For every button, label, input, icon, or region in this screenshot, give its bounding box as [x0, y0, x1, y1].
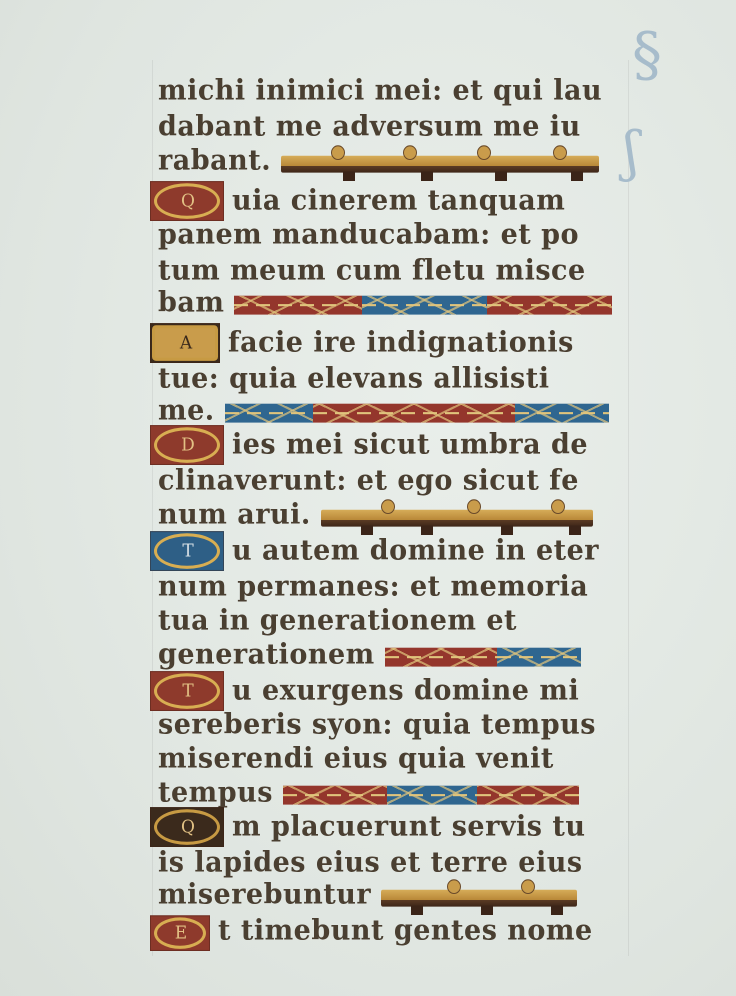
illuminated-initial-q: Q [150, 181, 224, 221]
text-line: Q m placuerunt servis tu [150, 809, 585, 843]
band-segment-red [487, 296, 612, 315]
illuminated-initial-e: E [150, 915, 210, 951]
foot-icon [421, 172, 433, 181]
line-text: u exurgens domine mi [232, 674, 579, 707]
text-line: clinaverunt: et ego sicut fe [158, 463, 579, 497]
gold-bar-line-filler [281, 156, 599, 173]
text-line: T u exurgens domine mi [150, 673, 579, 707]
marginal-glyph-bottom: ʃ [624, 120, 639, 183]
band-segment-red [283, 786, 387, 805]
line-text: m placuerunt servis tu [232, 810, 585, 843]
marginal-glyph-top: § [632, 20, 662, 90]
knob-icon [477, 145, 491, 160]
knob-icon [521, 879, 535, 894]
text-line: tua in generationem et [158, 603, 517, 637]
text-line: D ies mei sicut umbra de [150, 427, 588, 461]
line-text: tum meum cum fletu misce [158, 254, 586, 287]
foot-icon [571, 172, 583, 181]
band-segment-blue [387, 786, 477, 805]
foot-icon [343, 172, 355, 181]
text-line: miserebuntur [158, 877, 577, 911]
band-segment-red [234, 296, 362, 315]
spiral-icon: T [154, 673, 220, 709]
spiral-icon: D [154, 427, 220, 463]
spiral-icon: Q [154, 183, 220, 219]
knob-icon [381, 499, 395, 514]
line-text: panem manducabam: et po [158, 218, 579, 251]
text-line: tum meum cum fletu misce [158, 253, 586, 287]
line-text: is lapides eius et terre eius [158, 846, 583, 879]
blue-red-band-line-filler [225, 404, 609, 423]
illuminated-initial-t: T [150, 531, 224, 571]
text-line: generationem [158, 637, 581, 671]
text-line: miserendi eius quia venit [158, 741, 554, 775]
text-line: E t timebunt gentes nome [150, 913, 593, 947]
line-text: num permanes: et memoria [158, 570, 588, 603]
ruling-line-right [628, 60, 629, 956]
line-text: clinaverunt: et ego sicut fe [158, 464, 579, 497]
text-line: rabant. [158, 143, 599, 177]
line-text: me. [158, 394, 215, 427]
text-line: tue: quia elevans allisisti [158, 361, 550, 395]
text-line: is lapides eius et terre eius [158, 845, 583, 879]
band-segment-red [313, 404, 515, 423]
band-segment-blue [497, 648, 581, 667]
marginal-mark: § ʃ [630, 20, 670, 200]
foot-icon [495, 172, 507, 181]
knob-icon [447, 879, 461, 894]
line-text: bam [158, 286, 224, 319]
red-blue-band-line-filler [385, 648, 581, 667]
text-line: A facie ire indignationis [150, 325, 574, 359]
line-text: rabant. [158, 144, 271, 177]
text-line: num arui. [158, 497, 593, 531]
line-text: sereberis syon: quia tempus [158, 708, 596, 741]
line-text: uia cinerem tanquam [232, 184, 565, 217]
text-line: me. [158, 393, 609, 427]
line-text: miserebuntur [158, 878, 371, 911]
text-line: michi inimici mei: et qui lau [158, 73, 602, 107]
band-segment-blue [225, 404, 313, 423]
line-text: num arui. [158, 498, 311, 531]
red-blue-band-line-filler [234, 296, 612, 315]
gold-bar-line-filler [321, 510, 593, 527]
band-segment-red [477, 786, 579, 805]
line-text: dabant me adversum me iu [158, 110, 581, 143]
line-text: facie ire indignationis [228, 326, 574, 359]
letter-e-icon: E [154, 917, 206, 949]
text-line: num permanes: et memoria [158, 569, 588, 603]
text-line: Q uia cinerem tanquam [150, 183, 565, 217]
text-line: dabant me adversum me iu [158, 109, 581, 143]
line-text: t timebunt gentes nome [218, 914, 593, 947]
text-line: sereberis syon: quia tempus [158, 707, 596, 741]
line-text: tue: quia elevans allisisti [158, 362, 550, 395]
knob-icon [467, 499, 481, 514]
text-line: tempus [158, 775, 579, 809]
text-line: T u autem domine in eter [150, 533, 599, 567]
knob-icon [551, 499, 565, 514]
knob-icon [331, 145, 345, 160]
text-line: bam [158, 285, 612, 319]
gold-bar-line-filler [381, 890, 577, 907]
line-text: generationem [158, 638, 375, 671]
illuminated-initial-a: A [150, 323, 220, 363]
red-blue-band-line-filler [283, 786, 579, 805]
knob-icon [403, 145, 417, 160]
band-segment-blue [362, 296, 487, 315]
band-segment-blue [515, 404, 609, 423]
spiral-icon: Q [154, 809, 220, 845]
line-text: u autem domine in eter [232, 534, 599, 567]
line-text: miserendi eius quia venit [158, 742, 554, 775]
line-text: michi inimici mei: et qui lau [158, 74, 602, 107]
illuminated-initial-t: T [150, 671, 224, 711]
letter-a-icon: A [152, 325, 218, 361]
line-text: tempus [158, 776, 273, 809]
line-text: ies mei sicut umbra de [232, 428, 588, 461]
illuminated-initial-q: Q [150, 807, 224, 847]
text-line: panem manducabam: et po [158, 217, 579, 251]
spiral-icon: T [154, 533, 220, 569]
band-segment-red [385, 648, 497, 667]
line-text: tua in generationem et [158, 604, 517, 637]
illuminated-initial-d: D [150, 425, 224, 465]
knob-icon [553, 145, 567, 160]
